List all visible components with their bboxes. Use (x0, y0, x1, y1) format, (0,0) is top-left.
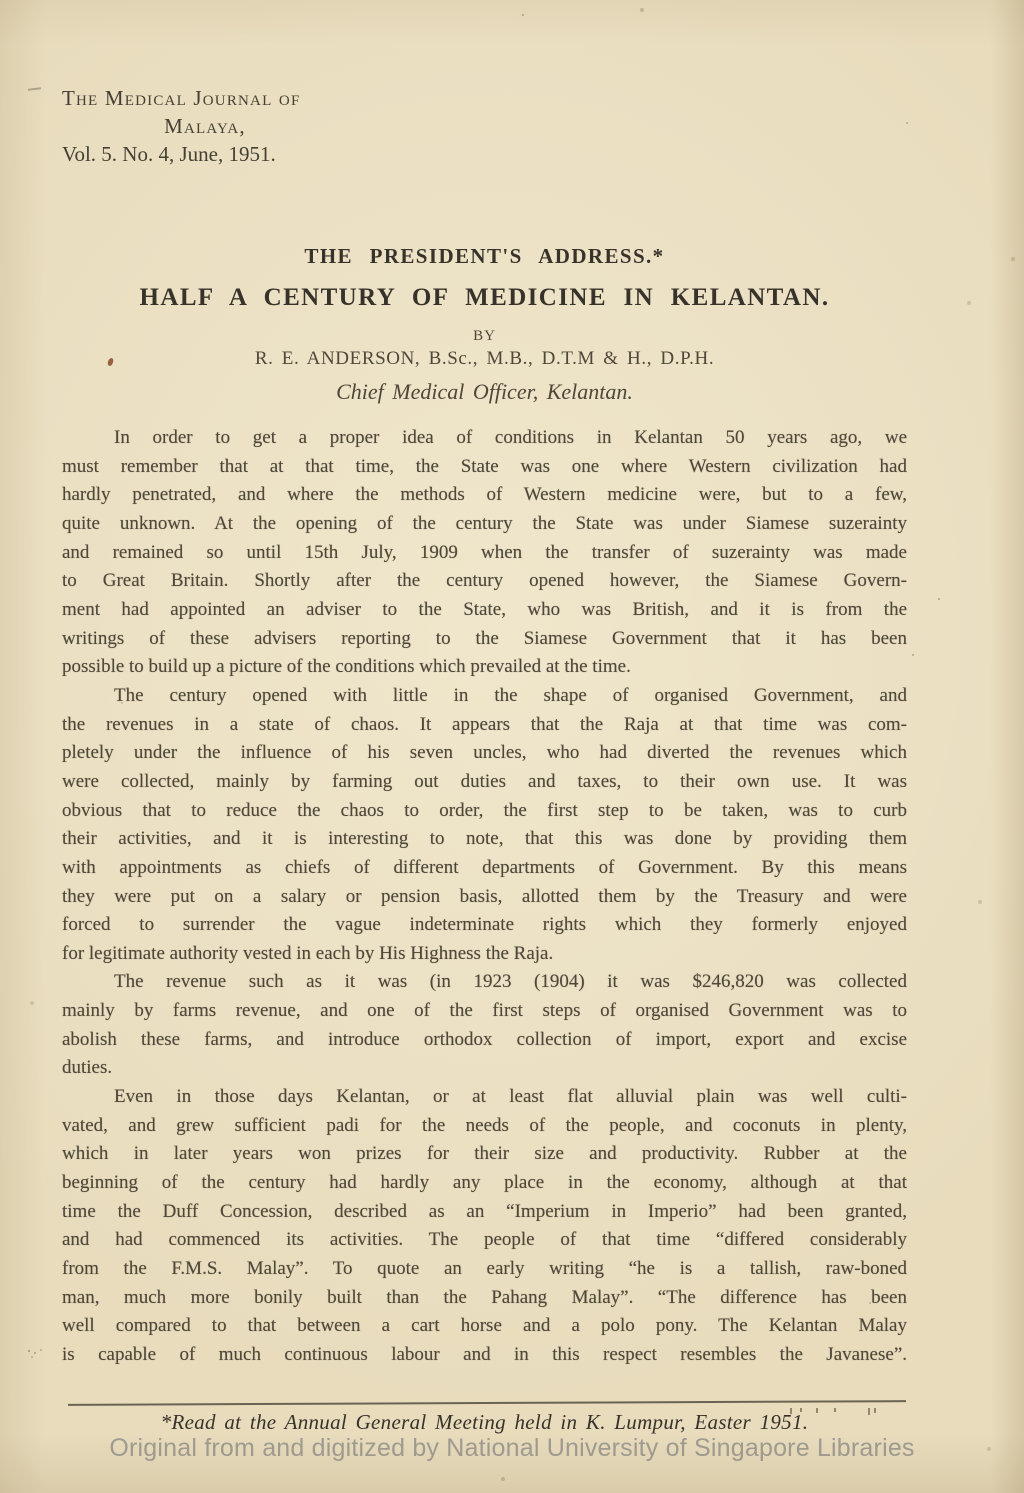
text-line: abolish these farms, and introduce ortho… (62, 1026, 907, 1055)
text-line: time the Duff Concession, described as a… (62, 1198, 907, 1227)
text-line: is capable of much continuous labour and… (62, 1341, 907, 1370)
footnote-text: *Read at the Annual General Meeting held… (62, 1410, 907, 1435)
text-line: mainly by farms revenue, and one of the … (62, 997, 907, 1026)
scanned-journal-page: The Medical Journal of Malaya, Vol. 5. N… (0, 0, 1024, 1493)
text-line: with appointments as chiefs of different… (62, 854, 907, 883)
text-line: and remained so until 15th July, 1909 wh… (62, 539, 907, 568)
text-line: The century opened with little in the sh… (62, 682, 907, 711)
footnote-rule (68, 1400, 906, 1406)
author-title: Chief Medical Officer, Kelantan. (62, 379, 907, 405)
text-line: to Great Britain. Shortly after the cent… (62, 567, 907, 596)
text-line: ment had appointed an adviser to the Sta… (62, 596, 907, 625)
journal-name-line1: The Medical Journal of (62, 84, 348, 112)
text-line: possible to build up a picture of the co… (62, 653, 907, 682)
article-heading: THE PRESIDENT'S ADDRESS.* (62, 244, 907, 269)
paper-specks-bottom-left (28, 1350, 30, 1352)
text-line: must remember that at that time, the Sta… (62, 453, 907, 482)
paper-specks (0, 0, 2, 2)
text-line: for legitimate authority vested in each … (62, 940, 907, 969)
text-line: pletely under the influence of his seven… (62, 739, 907, 768)
byline-label: BY (62, 328, 907, 345)
text-line: quite unknown. At the opening of the cen… (62, 510, 907, 539)
article-body: In order to get a proper idea of conditi… (62, 424, 907, 1370)
text-line: vated, and grew sufficient padi for the … (62, 1112, 907, 1141)
journal-name-line2: Malaya, (62, 112, 348, 140)
pencil-dash-mark (28, 87, 41, 91)
text-line: beginning of the century had hardly any … (62, 1169, 907, 1198)
text-line: were collected, mainly by farming out du… (62, 768, 907, 797)
journal-masthead: The Medical Journal of Malaya, Vol. 5. N… (62, 84, 348, 168)
text-line: obvious that to reduce the chaos to orde… (62, 797, 907, 826)
article-title: HALF A CENTURY OF MEDICINE IN KELANTAN. (62, 284, 907, 312)
text-line: The revenue such as it was (in 1923 (190… (62, 968, 907, 997)
journal-issue-line: Vol. 5. No. 4, June, 1951. (62, 140, 348, 168)
text-line: their activities, and it is interesting … (62, 825, 907, 854)
text-line: hardly penetrated, and where the methods… (62, 481, 907, 510)
author-name: R. E. ANDERSON, B.Sc., M.B., D.T.M & H.,… (62, 348, 907, 370)
text-line: duties. (62, 1054, 907, 1083)
text-line: man, much more bonily built than the Pah… (62, 1284, 907, 1313)
text-line: from the F.M.S. Malay”. To quote an earl… (62, 1255, 907, 1284)
text-line: the revenues in a state of chaos. It app… (62, 711, 907, 740)
text-line: In order to get a proper idea of conditi… (62, 424, 907, 453)
text-line: and had commenced its activities. The pe… (62, 1226, 907, 1255)
text-line: Even in those days Kelantan, or at least… (62, 1083, 907, 1112)
text-line: forced to surrender the vague indetermin… (62, 911, 907, 940)
text-line: they were put on a salary or pension bas… (62, 883, 907, 912)
text-line: well compared to that between a cart hor… (62, 1312, 907, 1341)
text-line: which in later years won prizes for thei… (62, 1140, 907, 1169)
text-line: writings of these advisers reporting to … (62, 625, 907, 654)
digitization-watermark: Original from and digitized by National … (0, 1434, 1024, 1463)
